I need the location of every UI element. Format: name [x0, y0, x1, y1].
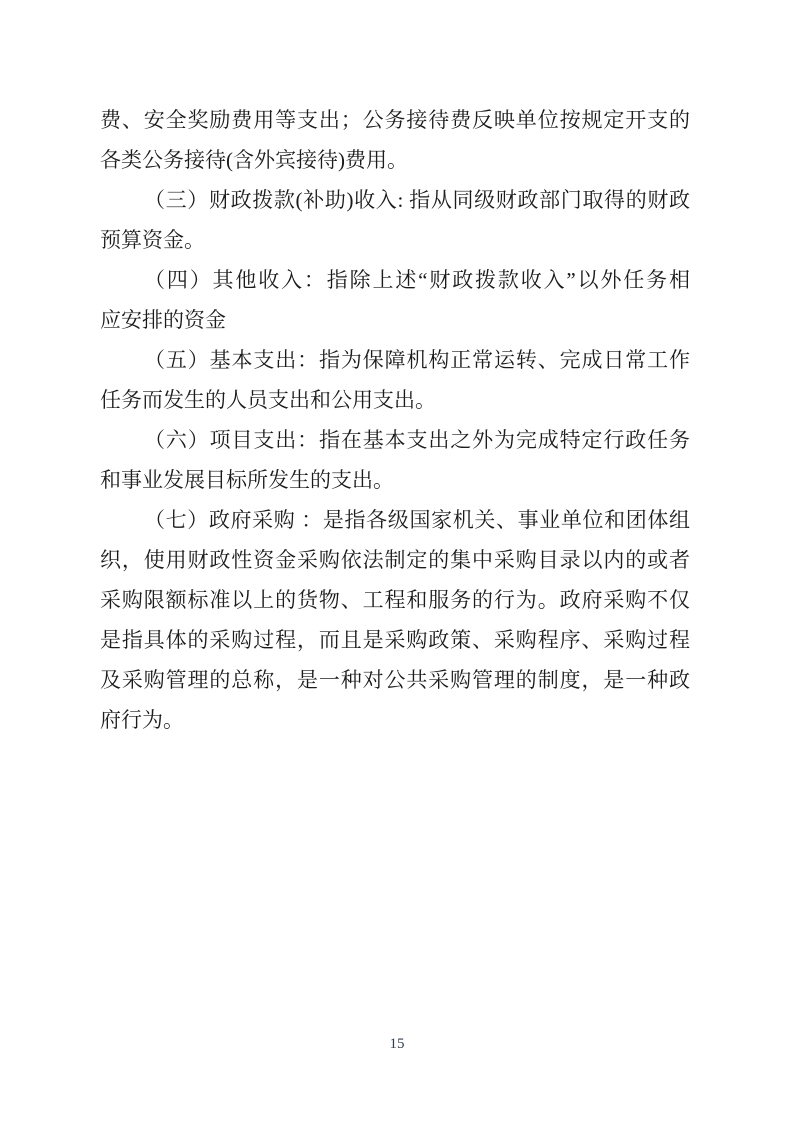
text-line: 费、安全奖励费用等支出；公务接待费反映单位按规定开支的: [100, 100, 690, 140]
page-number: 15: [0, 1035, 794, 1053]
text-line: （三）财政拨款(补助)收入: 指从同级财政部门取得的财政: [100, 180, 690, 220]
text-line: 各类公务接待(含外宾接待)费用。: [100, 140, 690, 180]
text-line: 任务而发生的人员支出和公用支出。: [100, 380, 690, 420]
text-line: 府行为。: [100, 700, 690, 740]
text-line: 是指具体的采购过程，而且是采购政策、采购程序、采购过程: [100, 620, 690, 660]
text-line: 采购限额标准以上的货物、工程和服务的行为。政府采购不仅: [100, 580, 690, 620]
text-line: 和事业发展目标所发生的支出。: [100, 460, 690, 500]
text-line: 织，使用财政性资金采购依法制定的集中采购目录以内的或者: [100, 540, 690, 580]
text-line: 及采购管理的总称，是一种对公共采购管理的制度，是一种政: [100, 660, 690, 700]
text-line: 预算资金。: [100, 220, 690, 260]
text-line: 应安排的资金: [100, 300, 690, 340]
text-line: （四）其他收入：指除上述“财政拨款收入”以外任务相: [100, 260, 690, 300]
document-body: 费、安全奖励费用等支出；公务接待费反映单位按规定开支的各类公务接待(含外宾接待)…: [100, 100, 690, 740]
document-page: 费、安全奖励费用等支出；公务接待费反映单位按规定开支的各类公务接待(含外宾接待)…: [0, 0, 794, 1123]
text-line: （五）基本支出：指为保障机构正常运转、完成日常工作: [100, 340, 690, 380]
text-line: （七）政府采购 ：是指各级国家机关、事业单位和团体组: [100, 500, 690, 540]
text-line: （六）项目支出：指在基本支出之外为完成特定行政任务: [100, 420, 690, 460]
